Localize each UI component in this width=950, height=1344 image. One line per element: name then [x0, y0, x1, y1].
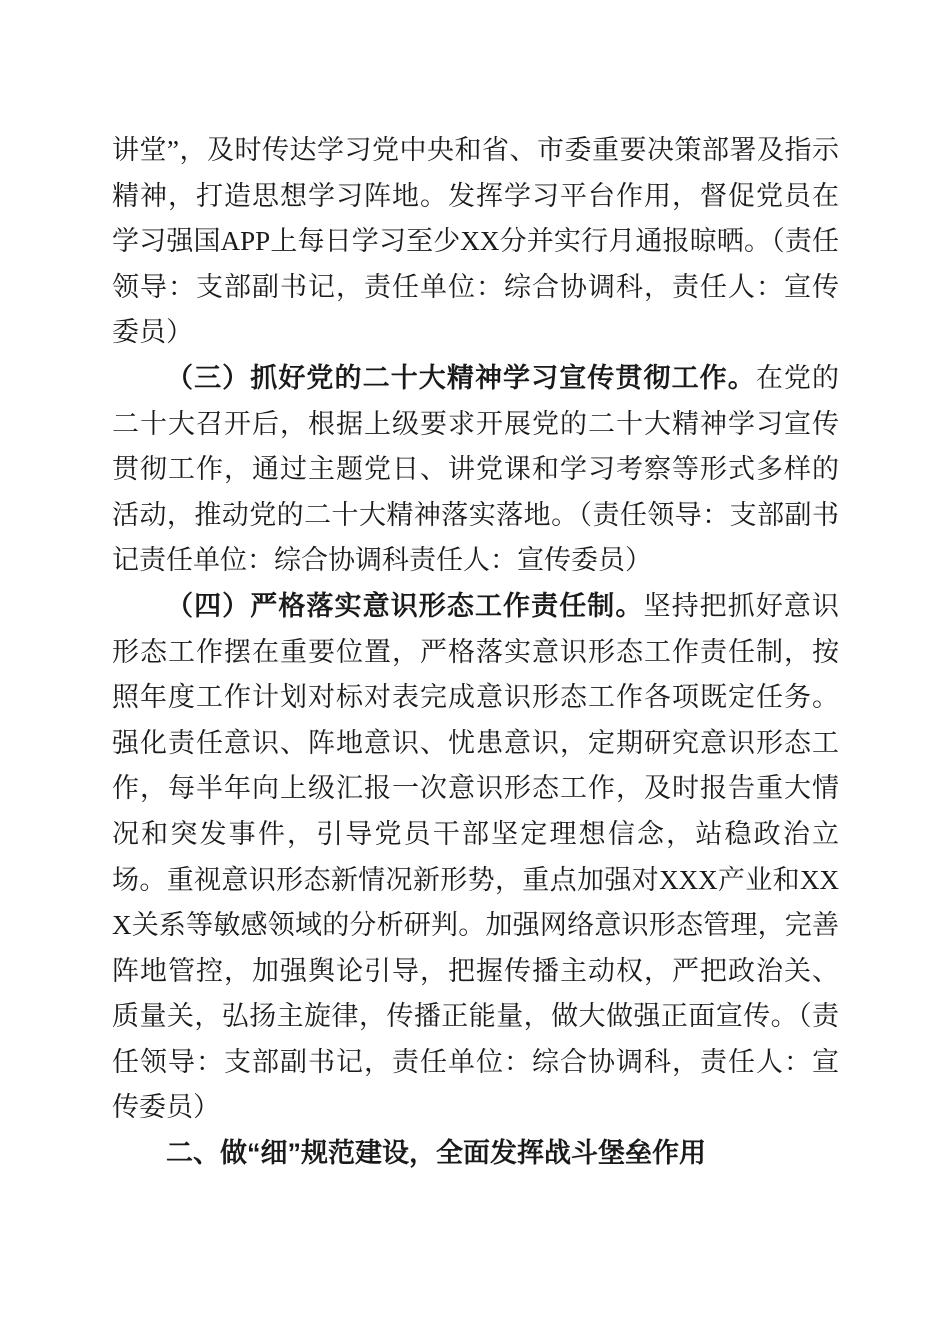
section-heading: 二、做“细”规范建设，全面发挥战斗堡垒作用 [112, 1131, 839, 1177]
document-page: 讲堂”，及时传达学习党中央和省、市委重要决策部署及指示精神，打造思想学习阵地。发… [0, 0, 950, 1344]
paragraph: （四）严格落实意识形态工作责任制。坚持把抓好意识形态工作摆在重要位置，严格落实意… [112, 584, 839, 1131]
text-run: 讲堂”，及时传达学习党中央和省、市委重要决策部署及指示精神，打造思想学习阵地。发… [112, 135, 839, 347]
text-run: 坚持把抓好意识形态工作摆在重要位置，严格落实意识形态工作责任制，按照年度工作计划… [112, 591, 839, 1123]
text-run: 在党的二十大召开后，根据上级要求开展党的二十大精神学习宣传贯彻工作，通过主题党日… [112, 363, 839, 575]
bold-text-run: 二、做“细”规范建设，全面发挥战斗堡垒作用 [166, 1138, 706, 1168]
paragraph: （三）抓好党的二十大精神学习宣传贯彻工作。在党的二十大召开后，根据上级要求开展党… [112, 356, 839, 584]
bold-text-run: （三）抓好党的二十大精神学习宣传贯彻工作。 [166, 363, 756, 393]
document-body: 讲堂”，及时传达学习党中央和省、市委重要决策部署及指示精神，打造思想学习阵地。发… [112, 128, 839, 1177]
paragraph: 讲堂”，及时传达学习党中央和省、市委重要决策部署及指示精神，打造思想学习阵地。发… [112, 128, 839, 356]
bold-text-run: （四）严格落实意识形态工作责任制。 [166, 591, 643, 621]
